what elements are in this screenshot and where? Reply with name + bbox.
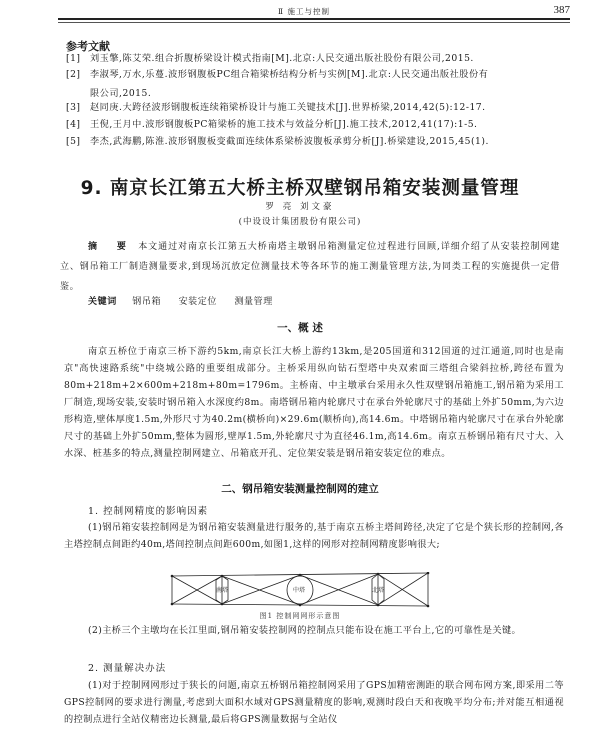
header-section: Ⅱ 施工与控制 (278, 6, 330, 17)
article-affiliation: (中设设计集团股份有限公司) (0, 215, 600, 227)
keyword: 安装定位 (179, 297, 217, 307)
abstract-label: 摘 要 (88, 242, 134, 252)
subsection-heading: 2. 测量解决办法 (88, 660, 166, 674)
reference-number: [3] (66, 100, 90, 116)
reference-item: [1]刘玉擎,陈艾荣.组合折腹桥梁设计模式指南[M].北京:人民交通出版社股份有… (66, 51, 474, 67)
reference-continuation: 限公司,2015. (90, 85, 151, 99)
figure-label-south-tower: 南塔 (216, 585, 228, 594)
abstract-text: 本文通过对南京长江第五大桥南塔主墩钢吊箱测量定位过程进行回顾,详细介绍了从安装控… (60, 242, 560, 292)
page-number: 387 (554, 4, 571, 16)
header-rule-thick (58, 18, 570, 20)
running-header: Ⅱ 施工与控制 387 (58, 4, 570, 18)
header-rule-thin (58, 22, 570, 23)
section-heading-control-network: 二、钢吊箱安装测量控制网的建立 (0, 481, 600, 496)
section-heading-overview: 一、概 述 (0, 320, 600, 335)
keywords: 关键词 钢吊箱 安装定位 测量管理 (88, 294, 287, 307)
reference-number: [5] (66, 134, 90, 150)
figure-caption: 图1 控制网网形示意图 (0, 611, 600, 621)
reference-text: 赵同庚.大跨径波形钢腹板连续箱梁桥设计与施工关键技术[J].世界桥梁,2014,… (90, 102, 486, 113)
reference-text: 李杰,武海鹏,陈淮.波形钢腹板变截面连续体系梁桥波腹板承剪分析[J].桥梁建设,… (90, 136, 489, 147)
article-title: 9. 南京长江第五大桥主桥双壁钢吊箱安装测量管理 (0, 174, 600, 200)
body-paragraph: (2)主桥三个主墩均在长江里面,钢吊箱安装控制网的控制点只能布设在施工平台上,它… (64, 622, 564, 639)
keyword: 钢吊箱 (132, 297, 161, 307)
reference-number: [2] (66, 67, 90, 83)
abstract: 摘 要本文通过对南京长江第五大桥南塔主墩钢吊箱测量定位过程进行回顾,详细介绍了从… (60, 237, 560, 297)
reference-text: 李淑琴,万水,乐蔓.波形钢腹板PC组合箱梁桥结构分析与实例[M].北京:人民交通… (90, 69, 488, 80)
subsection-heading: 1. 控制网精度的影响因素 (88, 503, 208, 517)
figure-control-network: 南塔 中塔 北塔 (170, 572, 430, 608)
body-paragraph: (1)钢吊箱安装控制网是为钢吊箱安装测量进行服务的,基于南京五桥主塔间跨径,决定… (64, 519, 564, 553)
reference-item: [3]赵同庚.大跨径波形钢腹板连续箱梁桥设计与施工关键技术[J].世界桥梁,20… (66, 100, 486, 116)
reference-text: 刘玉擎,陈艾荣.组合折腹桥梁设计模式指南[M].北京:人民交通出版社股份有限公司… (90, 53, 474, 64)
reference-item: [4]王倪,王月中.波形钢腹板PC箱梁桥的施工技术与效益分析[J].施工技术,2… (66, 117, 477, 133)
figure-label-middle-tower: 中塔 (293, 585, 305, 594)
reference-item: [5]李杰,武海鹏,陈淮.波形钢腹板变截面连续体系梁桥波腹板承剪分析[J].桥梁… (66, 134, 489, 150)
paper-page: Ⅱ 施工与控制 387 参考文献 [1]刘玉擎,陈艾荣.组合折腹桥梁设计模式指南… (0, 0, 600, 730)
reference-text: 王倪,王月中.波形钢腹板PC箱梁桥的施工技术与效益分析[J].施工技术,2012… (90, 119, 477, 130)
body-paragraph: (1)对于控制网网形过于狭长的问题,南京五桥钢吊箱控制网采用了GPS加精密测距的… (64, 677, 564, 728)
body-paragraph: 南京五桥位于南京三桥下游约5km,南京长江大桥上游约13km,是205国道和31… (64, 343, 564, 462)
figure-label-north-tower: 北塔 (372, 585, 384, 594)
article-authors: 罗 亮 刘文豪 (0, 200, 600, 212)
reference-number: [1] (66, 51, 90, 67)
reference-number: [4] (66, 117, 90, 133)
keyword: 测量管理 (234, 297, 272, 307)
reference-item: [2]李淑琴,万水,乐蔓.波形钢腹板PC组合箱梁桥结构分析与实例[M].北京:人… (66, 67, 488, 83)
keywords-label: 关键词 (88, 297, 117, 307)
